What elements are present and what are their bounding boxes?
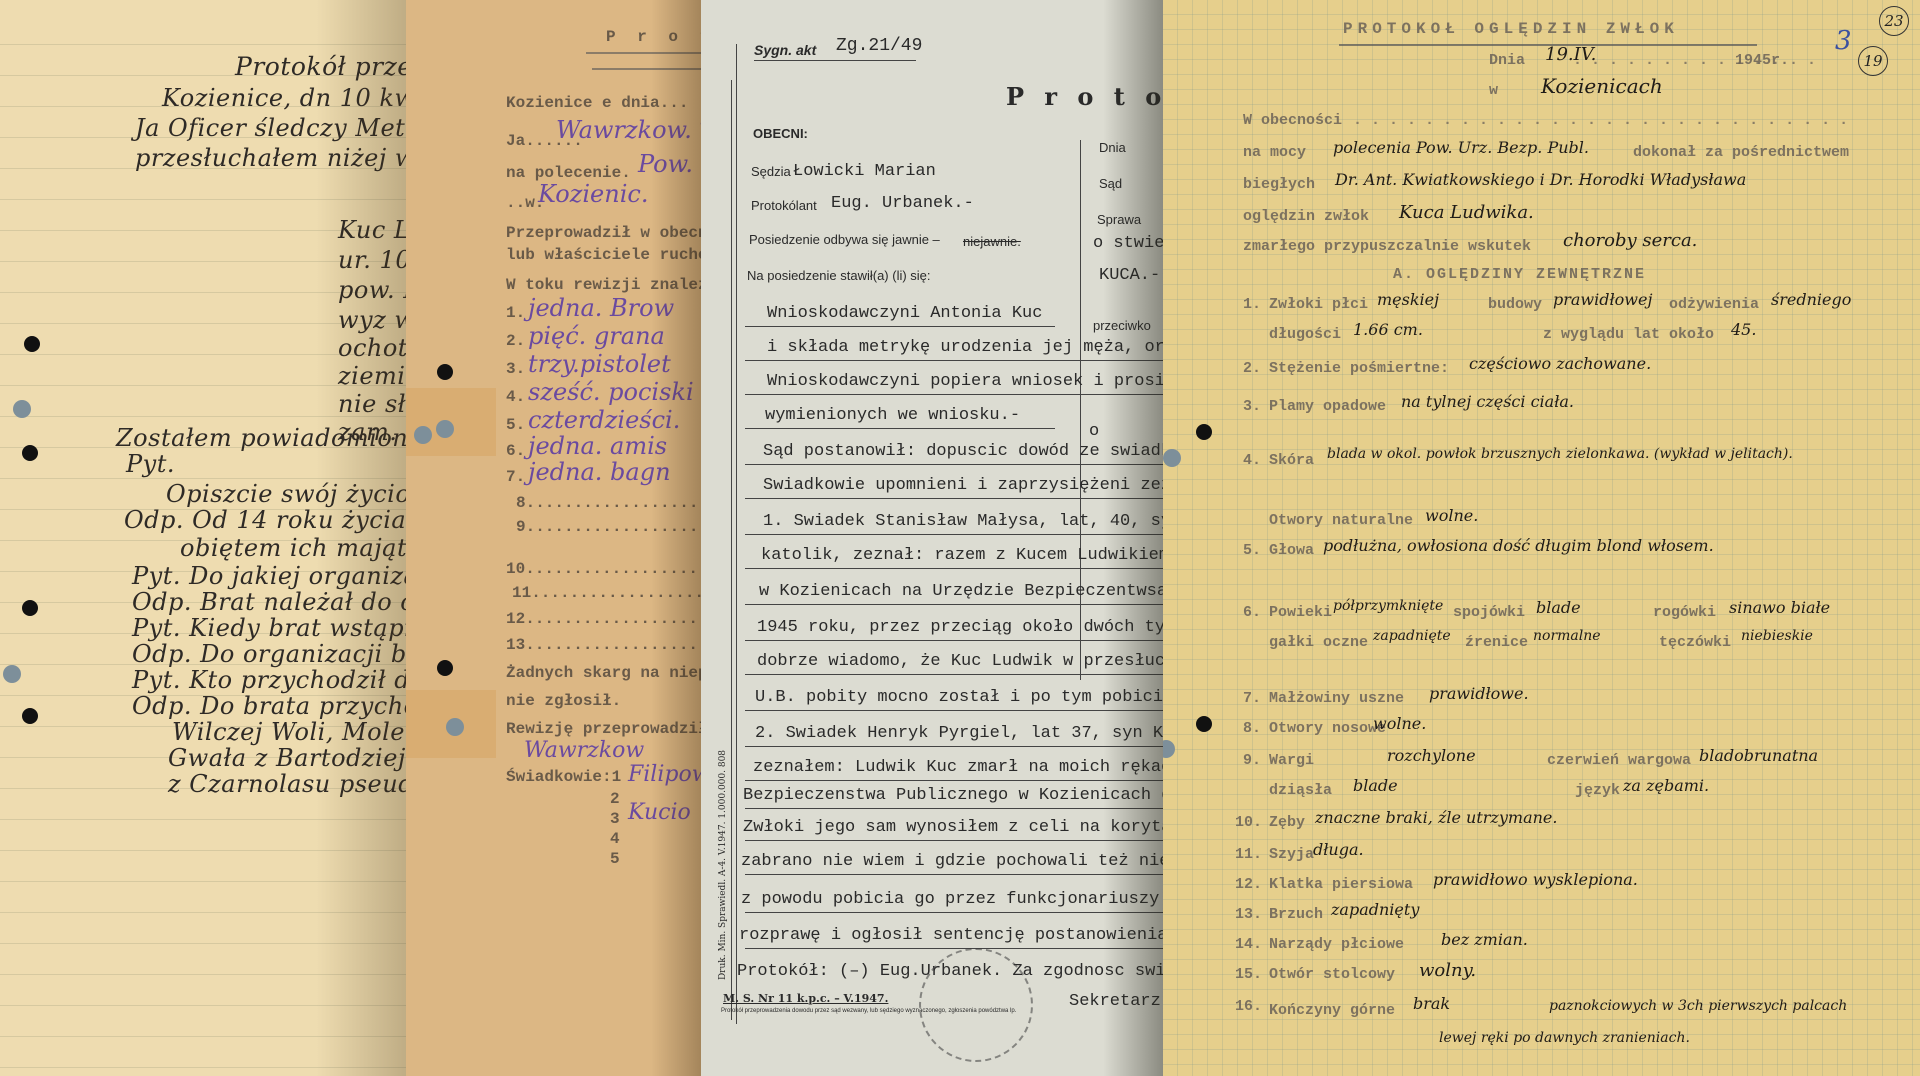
rule-line [745,746,1163,747]
punch-hole [1196,424,1212,440]
item-value: blade [1353,776,1398,795]
posiedzenie-text: Posiedzenie odbywa się jawnie – [749,232,940,247]
item-label: Stężenie pośmiertne: [1269,360,1449,377]
body-line: 2. Swiadek Henryk Pyrgiel, lat 37, syn K… [755,724,1163,743]
item-number: 7. [506,468,525,486]
rule-line [745,674,1163,675]
punch-hole [13,400,31,418]
item-number: 16. [1235,998,1262,1015]
punch-hole [3,665,21,683]
item-number: 5. [506,416,525,434]
item-value: 1.66 cm. [1353,320,1423,339]
item-number: 12. [1235,876,1262,893]
rule-line [745,640,1163,641]
value: choroby serca. [1563,230,1697,251]
item-value: męskiej [1377,290,1439,309]
rule-line [745,808,1163,809]
item-label: Plamy opadowe [1269,398,1386,415]
item-label: Otwory nosowe [1269,720,1386,737]
item-value: półprzymknięte [1333,598,1443,614]
item-label: długości [1269,326,1341,343]
label: dokonał za pośrednictwem [1633,144,1849,161]
label: biegłych [1243,176,1315,193]
rule-line [745,534,1163,535]
side-label: o [1089,422,1099,441]
obecni-label: OBECNI: [753,126,808,141]
body-line: Bezpieczenstwa Publicznego w Kozienicach… [743,786,1163,805]
item-number: 10. [1235,814,1262,831]
item-value: prawidłowej [1553,290,1652,309]
item-label: Głowa [1269,542,1314,559]
item-number: 4. [1243,452,1261,469]
punch-hole [437,364,453,380]
item-value: sinawo białe [1729,598,1830,617]
value: polecenia Pow. Urz. Bezp. Publ. [1333,138,1589,157]
rule-line [745,780,1163,781]
sedzia-label: Sędzia [751,164,791,179]
item-label: Wargi [1269,752,1314,769]
rule-line [745,948,1163,949]
punch-hole [1196,716,1212,732]
body-line: U.B. pobity mocno został i po tym pobici… [755,688,1163,707]
label: W obecności [1243,112,1342,129]
item-label: Skóra [1269,452,1314,469]
item-label: źrenice [1465,634,1528,651]
item-value: bez zmian. [1441,930,1528,949]
margin-line [731,80,732,1020]
item-value: wolny. [1419,960,1476,981]
item-value: blade [1536,598,1581,617]
item-value: prawidłowo wysklepiona. [1433,870,1638,889]
item-label: Otwór stolcowy [1269,966,1395,983]
witness-number: 2 [610,790,620,808]
rule-line [745,874,1163,875]
item-value: średniego [1771,290,1851,309]
document-panel-handwritten-protocol: Protokół przesłucha Kozienice, dn 10 kwi… [0,0,406,1076]
posiedzenie-struck: niejawnie. [963,234,1021,249]
year: 1945r. [1735,52,1789,69]
page-shadow [316,0,406,1076]
witness-number: 3 [610,810,620,828]
item-value: zapadnięte [1373,628,1451,644]
item-label: rogówki [1653,604,1716,621]
rule-line [745,710,1163,711]
item-number: 15. [1235,966,1262,983]
label: oględzin zwłok [1243,208,1369,225]
page-number-circle: 23 [1879,6,1909,36]
punch-hole [1163,449,1181,467]
footer-line: nie zgłosił. [506,692,621,710]
item-label: Zęby [1269,814,1305,831]
ink-entry: jedna. bagn [528,458,671,486]
item-label: Otwory naturalne [1269,512,1413,529]
protokolant-value: Eug. Urbanek.- [831,194,974,213]
item-value: blada w okol. powłok brzusznych zielonka… [1327,446,1793,462]
rule-line [745,326,1055,327]
value: Dr. Ant. Kwiatkowskiego i Dr. Horodki Wł… [1335,170,1746,189]
rule-line [745,498,1163,499]
item-label: Kończyny górne [1269,1002,1395,1019]
item-number: 13. [1235,906,1262,923]
item-number: 3. [506,360,525,378]
punch-hole [22,708,38,724]
dotted-line: . . . . . . . . . . . . . . . . . . . . … [1353,112,1848,129]
punch-hole [414,426,432,444]
item-label: czerwień wargowa [1547,752,1691,769]
item-label: budowy [1488,296,1542,313]
item-number: 6. [1243,604,1261,621]
rule-line [745,912,1163,913]
body-line: zabrano nie wiem i gdzie pochowali też n… [741,852,1163,871]
signature: Wawrzkow [524,738,644,763]
item-value: częściowo zachowane. [1469,354,1651,373]
stawili-text: Na posiedzenie stawił(a) (li) się: [747,268,931,283]
item-value: normalne [1533,628,1601,644]
page-shadow [651,0,701,1076]
punch-hole [1163,740,1175,758]
hw-line: Pyt. [126,450,175,478]
document-panel-court-protocol: Sygn. akt Zg.21/49 P r o t o k ó ł OBECN… [701,0,1163,1076]
item-number: 3. [1243,398,1261,415]
label: zmarłego przypuszczalnie wskutek [1243,238,1531,255]
punch-hole [22,445,38,461]
punch-hole [446,718,464,736]
item-value: brak [1413,994,1450,1013]
body-line: zeznałem: Ludwik Kuc zmarł na moich ręka… [753,758,1163,777]
item-label: Szyja [1269,846,1314,863]
rule-line [745,840,1163,841]
sygn-label: Sygn. akt [754,42,816,58]
item-number: 5. [1243,542,1261,559]
item-value: zapadnięty [1331,900,1419,919]
document-panel-search-report: P r o t o Kozienice e dnia... Ja...... W… [406,0,701,1076]
dnia-label: Dnia [1489,52,1525,69]
item-label: odżywienia [1669,296,1759,313]
item-value: wolne. [1373,714,1426,733]
ink-entry: pięć. grana [528,322,665,350]
item-value: za zębami. [1623,776,1709,795]
value: Kuca Ludwika. [1399,202,1534,223]
punch-hole [22,600,38,616]
page-mark: 3 [1835,26,1852,56]
item-label: Narządy płciowe [1269,936,1404,953]
body-line: z powodu pobicia go przez funkcjonariusz… [741,890,1163,909]
item-value: niebieskie [1741,628,1813,644]
item-value: bladobrunatna [1699,746,1818,765]
item-number: 6. [506,442,525,460]
punch-hole [437,660,453,676]
sygn-value: Zg.21/49 [836,36,922,56]
item-label: Małżowiny uszne [1269,690,1404,707]
rule-line [745,604,1163,605]
rule-line [745,464,1163,465]
doc-title: PROTOKOŁ OGLĘDZIN ZWŁOK [1343,20,1679,38]
item-number: 1. [506,304,525,322]
section-heading: A. OGLĘDZINY ZEWNĘTRZNE [1393,266,1646,283]
page-shadow [1103,0,1163,1076]
item-value: znaczne braki, źle utrzymane. [1315,808,1557,827]
item-value: lewej ręki po dawnych zranieniach. [1439,1030,1690,1046]
page-number-circle: 19 [1858,46,1888,76]
w-label: w [1489,82,1498,99]
print-info: Druk. Min. Sprawiedl. A-4. V.1947. 1.000… [718,675,728,1055]
rule-line [745,360,1163,361]
protokolant-label: Protokólant [751,198,817,213]
witness-number: 5 [610,850,620,868]
body-line: Wnioskodawczyni Antonia Kuc [767,304,1042,323]
rule-line [745,568,1163,569]
witnesses-label: Świadkowie:1 [506,768,621,786]
official-stamp [919,948,1033,1062]
document-panel-autopsy-protocol: PROTOKOŁ OGLĘDZIN ZWŁOK 23 19 3 Dnia 19.… [1163,0,1920,1076]
item-value: na tylnej części ciała. [1401,392,1574,411]
body-line: Zwłoki jego sam wynosiłem z celi na kory… [743,818,1163,837]
underline [754,60,916,61]
rule-line [745,394,1163,395]
item-number: 1. [1243,296,1261,313]
item-number: 14. [1235,936,1262,953]
body-line: rozprawę i ogłosił sentencję postanowien… [739,926,1163,945]
witness-number: 4 [610,830,620,848]
item-number: 9. [1243,752,1261,769]
ink-entry: trzy.pistolet [528,350,671,378]
margin-line [736,44,737,1024]
ink-entry: jedna. amis [528,432,667,460]
item-value: paznokciowych w 3ch pierwszych palcach [1549,998,1847,1014]
item-number: 2. [1243,360,1261,377]
item-label: Zwłoki płci [1269,296,1368,313]
place: Kozienicach [1541,74,1663,98]
item-number: 7. [1243,690,1261,707]
punch-hole [436,420,454,438]
item-label: tęczówki [1659,634,1731,651]
item-label: Klatka piersiowa [1269,876,1413,893]
item-number: 4. [506,388,525,406]
item-number: 11. [1235,846,1262,863]
punch-hole [24,336,40,352]
item-value: 45. [1731,320,1756,339]
item-number: 8. [1243,720,1261,737]
item-value: rozchylone [1387,746,1476,765]
form-code: M. S. Nr 11 k.p.c. – V.1947. [723,992,888,1005]
item-label: Brzuch [1269,906,1323,923]
item-value: podłużna, owłosiona dość długim blond wł… [1323,536,1714,555]
label: na mocy [1243,144,1306,161]
item-label: gałki oczne [1269,634,1368,651]
ink-entry: Kozienic. [538,180,648,208]
item-label: język [1575,782,1620,799]
item-label: z wyglądu lat około [1543,326,1714,343]
rule-line [745,428,1055,429]
item-number: 2. [506,332,525,350]
item-value: długa. [1313,840,1364,859]
body-line: wymienionych we wniosku.- [765,406,1020,425]
item-label: dziąsła [1269,782,1332,799]
item-value: prawidłowe. [1429,684,1529,703]
sedzia-value: Łowicki Marian [793,162,936,181]
item-value: wolne. [1425,506,1478,525]
item-label: Powieki [1269,604,1332,621]
item-label: spojówki [1453,604,1525,621]
